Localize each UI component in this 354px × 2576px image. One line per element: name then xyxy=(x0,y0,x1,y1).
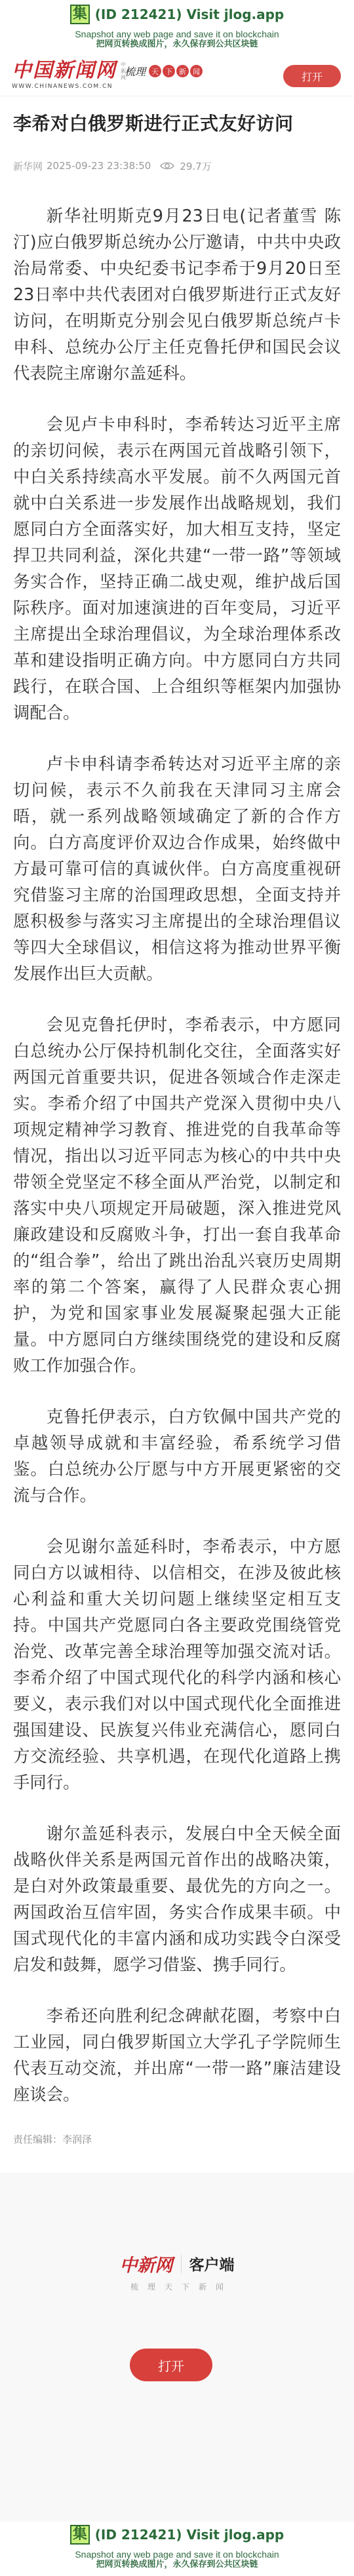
paragraph: 会见谢尔盖延科时，李希表示，中方愿同白方以诚相待、以信相交，在涉及彼此核心利益和… xyxy=(13,1533,341,1795)
footer-tagline: 梳理天下新闻 xyxy=(0,2281,354,2292)
article-meta: 新华网 2025-09-23 23:38:50 29.7万 xyxy=(13,159,341,172)
site-header: 中国新闻网 中新网 WWW.CHINANEWS.COM.CN 梳理 天 下 新 … xyxy=(0,56,354,96)
article-datetime: 2025-09-23 23:38:50 xyxy=(47,160,151,172)
paragraph: 谢尔盖延科表示，发展白中全天候全面战略伙伴关系是两国元首作出的战略决策，是白对外… xyxy=(13,1820,341,1978)
slogan: 梳理 天 下 新 闻 xyxy=(125,64,203,79)
footer-brand: 中新网 xyxy=(120,2251,173,2276)
jlog-banner-bottom: 集 (ID 212421) Visit jlog.app Snapshot an… xyxy=(0,2522,354,2576)
paragraph: 新华社明斯克9月23日电(记者董雪 陈汀)应白俄罗斯总统办公厅邀请，中共中央政治… xyxy=(13,203,341,386)
jlog-title[interactable]: (ID 212421) Visit jlog.app xyxy=(95,7,285,22)
slogan-circle: 新 xyxy=(176,65,189,77)
jlog-title[interactable]: (ID 212421) Visit jlog.app xyxy=(95,2527,285,2543)
paragraph: 卢卡申科请李希转达对习近平主席的亲切问候，表示不久前我在天津同习主席会晤，就一系… xyxy=(13,751,341,986)
article-source: 新华网 xyxy=(13,159,43,173)
paragraph: 李希还向胜利纪念碑献花圈，考察中白工业园，同白俄罗斯国立大学孔子学院师生代表互动… xyxy=(13,2002,341,2107)
jlog-badge-icon: 集 xyxy=(70,2525,90,2545)
jlog-subtitle-en: Snapshot any web page and save it on blo… xyxy=(0,29,354,39)
slogan-circle: 下 xyxy=(163,65,175,77)
open-app-button-bottom[interactable]: 打开 xyxy=(130,2349,212,2381)
footer-divider xyxy=(181,2255,182,2273)
paragraph: 会见克鲁托伊时，李希表示，中方愿同白总统办公厅保持机制化交往，全面落实好两国元首… xyxy=(13,1011,341,1378)
paragraph: 会见卢卡申科时，李希转达习近平主席的亲切问候，表示在两国元首战略引领下，中白关系… xyxy=(13,411,341,726)
slogan-script: 梳理 xyxy=(125,64,146,79)
app-download-footer: 中新网 客户端 梳理天下新闻 打开 xyxy=(0,2173,354,2522)
jlog-badge-icon: 集 xyxy=(70,5,90,24)
article-body: 新华社明斯克9月23日电(记者董雪 陈汀)应白俄罗斯总统办公厅邀请，中共中央政治… xyxy=(13,203,341,2107)
paragraph: 克鲁托伊表示，白方钦佩中国共产党的卓越领导成就和丰富经验，希系统学习借鉴。白总统… xyxy=(13,1403,341,1508)
jlog-title-row: 集 (ID 212421) Visit jlog.app xyxy=(0,4,354,25)
slogan-circle: 天 xyxy=(149,65,161,77)
site-logo[interactable]: 中国新闻网 中新网 xyxy=(12,60,127,82)
responsible-editor: 责任编辑：李润泽 xyxy=(13,2132,341,2173)
jlog-title-row: 集 (ID 212421) Visit jlog.app xyxy=(0,2524,354,2545)
view-count: 29.7万 xyxy=(180,159,211,173)
eye-icon xyxy=(160,161,174,170)
jlog-banner-top: 集 (ID 212421) Visit jlog.app Snapshot an… xyxy=(0,0,354,56)
article: 李希对白俄罗斯进行正式友好访问 新华网 2025-09-23 23:38:50 … xyxy=(0,96,354,2173)
jlog-subtitle-zh: 把网页转换成图片，永久保存到公共区块链 xyxy=(0,2560,354,2570)
footer-logo: 中新网 客户端 xyxy=(0,2251,354,2276)
article-title: 李希对白俄罗斯进行正式友好访问 xyxy=(13,96,341,137)
jlog-subtitle-en: Snapshot any web page and save it on blo… xyxy=(0,2549,354,2560)
footer-client-label: 客户端 xyxy=(189,2253,235,2274)
jlog-subtitle-zh: 把网页转换成图片，永久保存到公共区块链 xyxy=(0,39,354,50)
open-app-button[interactable]: 打开 xyxy=(283,65,341,87)
slogan-circle: 闻 xyxy=(190,65,203,77)
logo-text: 中国新闻网 xyxy=(12,60,117,82)
logo-url: WWW.CHINANEWS.COM.CN xyxy=(12,83,113,90)
